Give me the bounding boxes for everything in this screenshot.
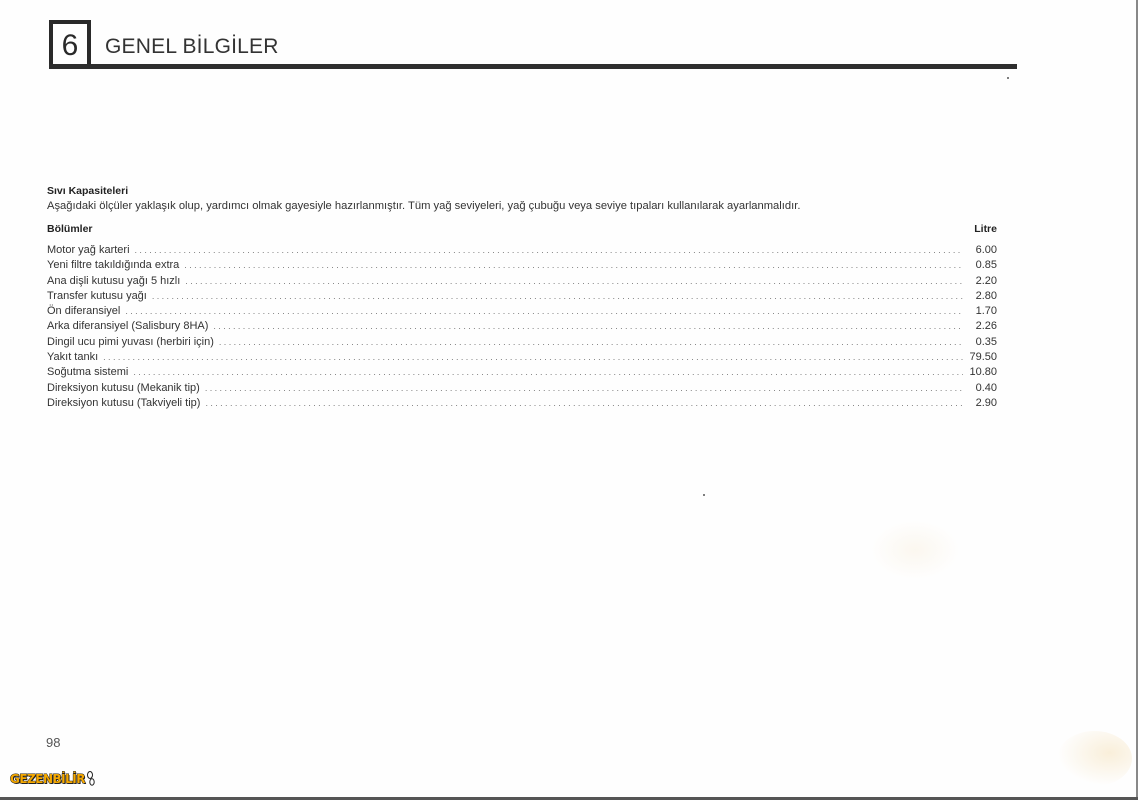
dot-leader	[184, 258, 963, 273]
dot-leader	[219, 335, 963, 350]
dot-leader	[125, 304, 963, 319]
page-number: 98	[46, 735, 60, 750]
part-label: Ön diferansiyel	[47, 304, 125, 319]
capacity-value: 0.40	[963, 381, 997, 396]
table-row: Ana dişli kutusu yağı 5 hızlı2.20	[47, 274, 997, 289]
capacity-value: 10.80	[963, 365, 997, 380]
part-label: Dingil ucu pimi yuvası (herbiri için)	[47, 335, 219, 350]
section-title: Sıvı Kapasiteleri	[47, 185, 997, 198]
part-label: Yeni filtre takıldığında extra	[47, 258, 184, 273]
table-row: Dingil ucu pimi yuvası (herbiri için)0.3…	[47, 335, 997, 350]
dot-leader	[205, 381, 963, 396]
paper-stain	[1057, 731, 1132, 786]
capacity-value: 79.50	[963, 350, 997, 365]
capacity-value: 0.85	[963, 258, 997, 273]
part-label: Ana dişli kutusu yağı 5 hızlı	[47, 274, 185, 289]
table-row: Ön diferansiyel1.70	[47, 304, 997, 319]
watermark-logo: GEZENBİLİR	[10, 771, 96, 787]
table-row: Direksiyon kutusu (Takviyeli tip)2.90	[47, 396, 997, 411]
dot-leader	[152, 289, 963, 304]
watermark-text: GEZENBİLİR	[10, 772, 85, 786]
section-intro: Aşağıdaki ölçüler yaklaşık olup, yardımc…	[47, 199, 997, 213]
capacity-value: 2.26	[963, 319, 997, 334]
table-row: Yakıt tankı79.50	[47, 350, 997, 365]
part-label: Direksiyon kutusu (Takviyeli tip)	[47, 396, 205, 411]
dot-leader	[213, 319, 963, 334]
chapter-number: 6	[62, 29, 79, 63]
dot-leader	[103, 350, 963, 365]
paper-speck	[1007, 77, 1009, 79]
capacity-value: 1.70	[963, 304, 997, 319]
capacity-table: Motor yağ karteri6.00Yeni filtre takıldı…	[47, 243, 997, 411]
column-header-part: Bölümler	[47, 223, 93, 235]
part-label: Arka diferansiyel (Salisbury 8HA)	[47, 319, 213, 334]
table-header: Bölümler Litre	[47, 223, 997, 235]
chapter-title: GENEL BİLGİLER	[105, 35, 279, 59]
part-label: Motor yağ karteri	[47, 243, 135, 258]
table-row: Soğutma sistemi10.80	[47, 365, 997, 380]
table-row: Yeni filtre takıldığında extra0.85	[47, 258, 997, 273]
part-label: Transfer kutusu yağı	[47, 289, 152, 304]
capacity-value: 2.20	[963, 274, 997, 289]
dot-leader	[135, 243, 963, 258]
capacity-value: 0.35	[963, 335, 997, 350]
fluid-capacities-section: Sıvı Kapasiteleri Aşağıdaki ölçüler yakl…	[47, 185, 997, 411]
capacity-value: 2.90	[963, 396, 997, 411]
dot-leader	[133, 365, 963, 380]
column-header-unit: Litre	[974, 223, 997, 235]
table-row: Transfer kutusu yağı2.80	[47, 289, 997, 304]
footprints-icon	[86, 771, 96, 787]
header-rule	[49, 64, 1017, 69]
capacity-value: 2.80	[963, 289, 997, 304]
table-row: Direksiyon kutusu (Mekanik tip)0.40	[47, 381, 997, 396]
part-label: Direksiyon kutusu (Mekanik tip)	[47, 381, 205, 396]
chapter-number-box: 6	[49, 20, 91, 64]
table-row: Arka diferansiyel (Salisbury 8HA)2.26	[47, 319, 997, 334]
dot-leader	[205, 396, 963, 411]
paper-stain	[870, 520, 960, 580]
table-row: Motor yağ karteri6.00	[47, 243, 997, 258]
part-label: Soğutma sistemi	[47, 365, 133, 380]
capacity-value: 6.00	[963, 243, 997, 258]
paper-speck	[703, 494, 705, 496]
dot-leader	[185, 274, 963, 289]
part-label: Yakıt tankı	[47, 350, 103, 365]
